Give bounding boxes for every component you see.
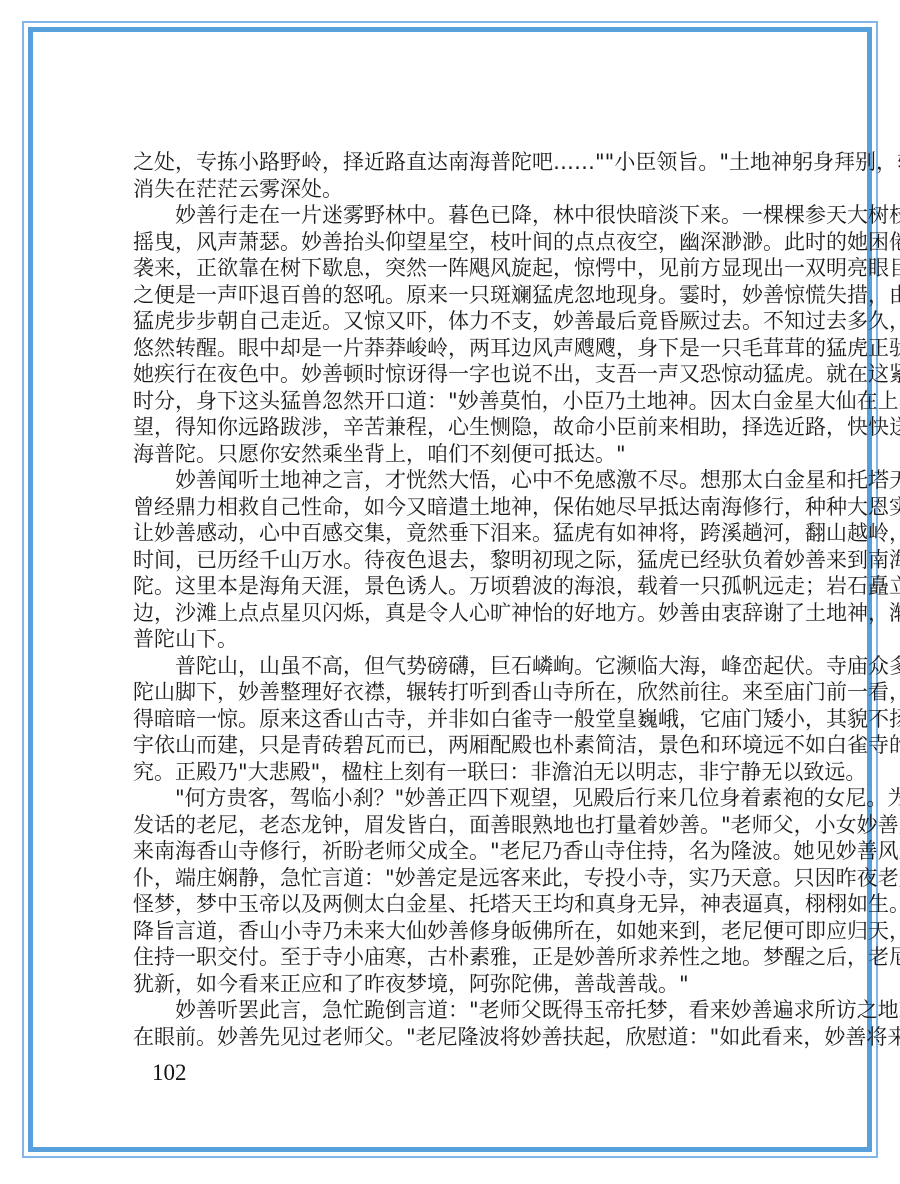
book-page: 之处，专拣小路野岭，择近路直达南海普陀吧……""小臣领旨。"土地神躬身拜别，转眼… [0, 0, 900, 1184]
text-line: 来南海香山寺修行，祈盼老师父成全。"老尼乃香山寺住持，名为隆波。她见妙善风尘仆 [133, 838, 868, 865]
text-line: 猛虎步步朝自己走近。又惊又吓，体力不支，妙善最后竟昏厥过去。不知过去多久，妙善 [133, 308, 868, 335]
text-line: 陀山脚下，妙善整理好衣襟，辗转打听到香山寺所在，欣然前往。来至庙门前一看，不由 [133, 679, 868, 706]
text-line: 之便是一声吓退百兽的怒吼。原来一只斑斓猛虎忽地现身。霎时，妙善惊慌失措，由着 [133, 282, 868, 309]
text-line: 消失在茫茫云雾深处。 [133, 176, 868, 203]
text-line: 普陀山下。 [133, 626, 868, 653]
text-line: 住持一职交付。至于寺小庙寒，古朴素雅，正是妙善所求养性之地。梦醒之后，老尼记忆 [133, 944, 868, 971]
text-line: 曾经鼎力相救自己性命，如今又暗遣土地神，保佑她尽早抵达南海修行，种种大恩实在 [133, 494, 868, 521]
text-line: 降旨言道，香山小寺乃未来大仙妙善修身皈佛所在，如她来到，老尼便可即应归天，将 [133, 918, 868, 945]
text-line: 普陀山，山虽不高，但气势磅礴，巨石嶙峋。它濒临大海，峰峦起伏。寺庙众多的普 [133, 653, 868, 680]
text-line: 犹新，如今看来正应和了昨夜梦境，阿弥陀佛，善哉善哉。" [133, 971, 868, 998]
text-line: 让妙善感动，心中百感交集，竟然垂下泪来。猛虎有如神将，跨溪趟河，翻山越岭，短短 [133, 520, 868, 547]
text-line: 得暗暗一惊。原来这香山古寺，并非如白雀寺一般堂皇巍峨，它庙门矮小，其貌不扬。庙 [133, 706, 868, 733]
story-text-block: 之处，专拣小路野岭，择近路直达南海普陀吧……""小臣领旨。"土地神躬身拜别，转眼… [133, 149, 868, 1050]
text-line: 她疾行在夜色中。妙善顿时惊讶得一字也说不出，支吾一声又恐惊动猛虎。就在这紧张 [133, 361, 868, 388]
text-line: 时间，已历经千山万水。待夜色退去，黎明初现之际，猛虎已经驮负着妙善来到南海普 [133, 547, 868, 574]
text-line: 之处，专拣小路野岭，择近路直达南海普陀吧……""小臣领旨。"土地神躬身拜别，转眼 [133, 149, 868, 176]
text-line: 仆，端庄娴静，急忙言道："妙善定是远客来此，专投小寺，实乃天意。只因昨夜老尼得一 [133, 865, 868, 892]
text-line: 在眼前。妙善先见过老师父。"老尼隆波将妙善扶起，欣慰道："如此看来，妙善将来必是 [133, 1024, 868, 1051]
text-line: 袭来，正欲靠在树下歇息，突然一阵飓风旋起，惊愕中，见前方显现出一双明亮眼目，随 [133, 255, 868, 282]
text-line: 时分，身下这头猛兽忽然开口道："妙善莫怕，小臣乃土地神。因太白金星大仙在上界观 [133, 388, 868, 415]
text-line: 悠然转醒。眼中却是一片莽莽峻岭，两耳边风声飕飕，身下是一只毛茸茸的猛虎正驮着 [133, 335, 868, 362]
text-line: 宇依山而建，只是青砖碧瓦而已，两厢配殿也朴素简洁，景色和环境远不如白雀寺的讲 [133, 732, 868, 759]
text-line: 妙善行走在一片迷雾野林中。暮色已降，林中很快暗淡下来。一棵棵参天大树枝桠 [133, 202, 868, 229]
text-line: 妙善闻听土地神之言，才恍然大悟，心中不免感激不尽。想那太白金星和托塔天王 [133, 467, 868, 494]
text-line: 陀。这里本是海角天涯，景色诱人。万顷碧波的海浪，载着一只孤帆远走；岩石矗立岸 [133, 573, 868, 600]
text-line: 望，得知你远路跋涉，辛苦兼程，心生恻隐，故命小臣前来相助，择选近路，快快送往南 [133, 414, 868, 441]
text-line: 发话的老尼，老态龙钟，眉发皆白，面善眼熟地也打量着妙善。"老师父，小女妙善乃专 [133, 812, 868, 839]
page-number: 102 [152, 1060, 187, 1086]
text-line: "何方贵客，驾临小刹？"妙善正四下观望，见殿后行来几位身着素袍的女尼。为首 [133, 785, 868, 812]
text-line: 摇曳，风声萧瑟。妙善抬头仰望星空，枝叶间的点点夜空，幽深渺渺。此时的她困倦之意 [133, 229, 868, 256]
text-line: 究。正殿乃"大悲殿"，楹柱上刻有一联曰：非澹泊无以明志，非宁静无以致远。 [133, 759, 868, 786]
text-line: 怪梦，梦中玉帝以及两侧太白金星、托塔天王均和真身无异，神表逼真，栩栩如生。玉帝 [133, 891, 868, 918]
text-line: 海普陀。只愿你安然乘坐背上，咱们不刻便可抵达。" [133, 441, 868, 468]
text-line: 妙善听罢此言，急忙跪倒言道："老师父既得玉帝托梦，看来妙善遍求所访之地就 [133, 997, 868, 1024]
text-line: 边，沙滩上点点星贝闪烁，真是令人心旷神怡的好地方。妙善由衷辞谢了土地神，渐至 [133, 600, 868, 627]
